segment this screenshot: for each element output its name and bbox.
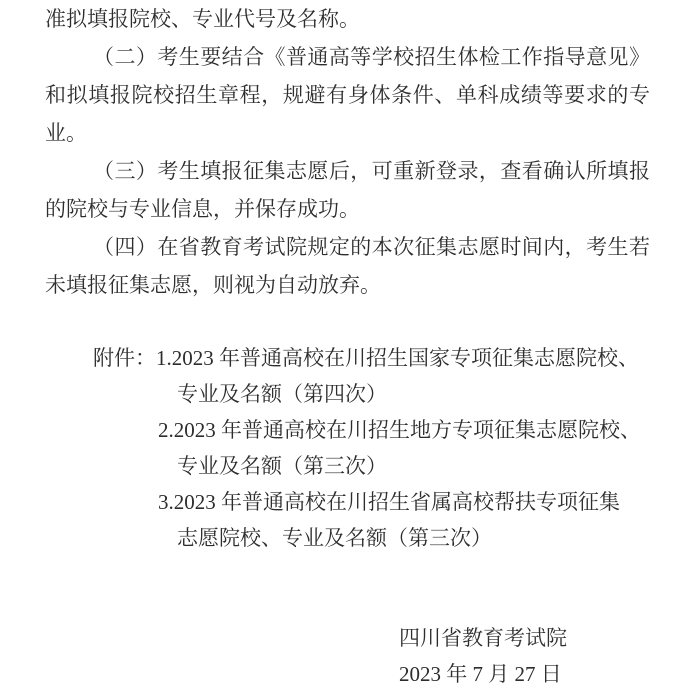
document-body: 准拟填报院校、专业代号及名称。 （二）考生要结合《普通高等学校招生体检工作指导意… [45, 0, 650, 304]
body-line-item4-wrap1: 未填报征集志愿，则视为自动放弃。 [45, 266, 650, 304]
attachment-1-title: 1.2023 年普通高校在川招生国家专项征集志愿院校、 [156, 346, 639, 370]
attachment-line-1: 附件：1.2023 年普通高校在川招生国家专项征集志愿院校、 [45, 340, 650, 376]
body-line-item2-wrap1: 和拟填报院校招生章程，规避有身体条件、单科成绩等要求的专 [45, 76, 650, 114]
attachments-section: 附件：1.2023 年普通高校在川招生国家专项征集志愿院校、 专业及名额（第四次… [45, 340, 650, 556]
attachments-label: 附件： [93, 340, 156, 376]
body-line-item2-first: （二）考生要结合《普通高等学校招生体检工作指导意见》 [45, 38, 650, 76]
signature-date: 2023 年 7 月 27 日 [45, 656, 650, 692]
body-line-item3-wrap1: 的院校与专业信息，并保存成功。 [45, 190, 650, 228]
body-line-item2-wrap2: 业。 [45, 114, 650, 152]
signature-org: 四川省教育考试院 [45, 620, 650, 656]
signature-block: 四川省教育考试院 2023 年 7 月 27 日 [45, 620, 650, 692]
body-line-item3-first: （三）考生填报征集志愿后，可重新登录，查看确认所填报 [45, 152, 650, 190]
document-page: 准拟填报院校、专业代号及名称。 （二）考生要结合《普通高等学校招生体检工作指导意… [0, 0, 700, 692]
attachment-1-title-wrap: 专业及名额（第四次） [45, 376, 650, 412]
attachment-2-title: 2.2023 年普通高校在川招生地方专项征集志愿院校、 [45, 412, 650, 448]
body-line-item4-first: （四）在省教育考试院规定的本次征集志愿时间内，考生若 [45, 228, 650, 266]
body-line-continuation: 准拟填报院校、专业代号及名称。 [45, 0, 650, 38]
attachment-3-title: 3.2023 年普通高校在川招生省属高校帮扶专项征集 [45, 484, 650, 520]
attachment-3-title-wrap: 志愿院校、专业及名额（第三次） [45, 520, 650, 556]
attachment-2-title-wrap: 专业及名额（第三次） [45, 448, 650, 484]
